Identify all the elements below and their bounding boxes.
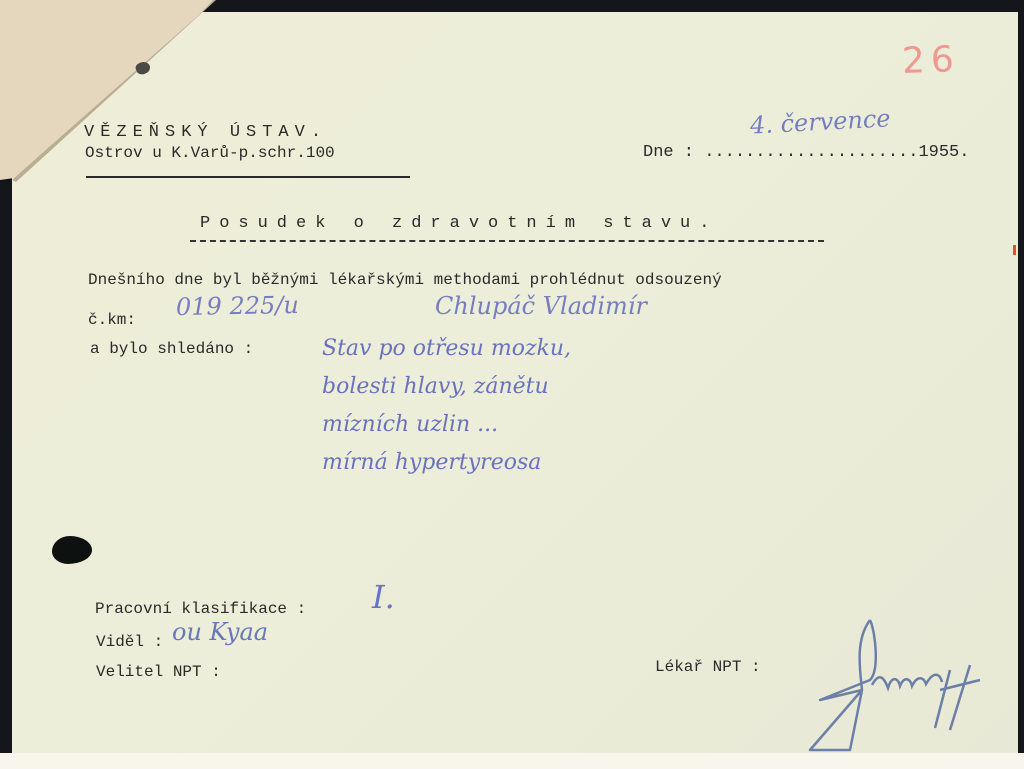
institution-address: Ostrov u K.Varů-p.schr.100 [85, 144, 335, 162]
km-number-handwritten: 019 225/u [176, 291, 299, 321]
intro-line: Dnešního dne byl běžnými lékařskými meth… [88, 271, 722, 289]
title-dashed-underline [190, 240, 824, 242]
doctor-label: Lékař NPT : [655, 658, 761, 676]
classification-label: Pracovní klasifikace : [95, 600, 306, 618]
seen-label: Viděl : [96, 633, 163, 651]
seen-signature: ou Kyaa [172, 618, 268, 646]
finding-line: mízních uzlin ... [322, 406, 571, 444]
red-margin-mark [1013, 245, 1016, 255]
date-label: Dne : .....................1955. [643, 143, 969, 162]
findings-handwritten: Stav po otřesu mozku, bolesti hlavy, zán… [322, 330, 571, 482]
institution-name: VĚZEŇSKÝ ÚSTAV. [84, 123, 327, 142]
page-number: 26 [901, 39, 960, 82]
prisoner-name-handwritten: Chlupáč Vladimír [435, 292, 647, 320]
commander-label: Velitel NPT : [96, 663, 221, 681]
finding-line: Stav po otřesu mozku, [322, 330, 571, 368]
header-underline [86, 176, 410, 178]
classification-value: I. [372, 578, 395, 616]
document-title: Posudek o zdravotním stavu. [200, 214, 718, 233]
finding-line: mírná hypertyreosa [322, 444, 571, 482]
findings-label: a bylo shledáno : [90, 340, 253, 358]
doctor-signature-icon [800, 610, 1000, 760]
finding-line: bolesti hlavy, zánětu [322, 368, 571, 406]
km-label: č.km: [88, 311, 136, 329]
